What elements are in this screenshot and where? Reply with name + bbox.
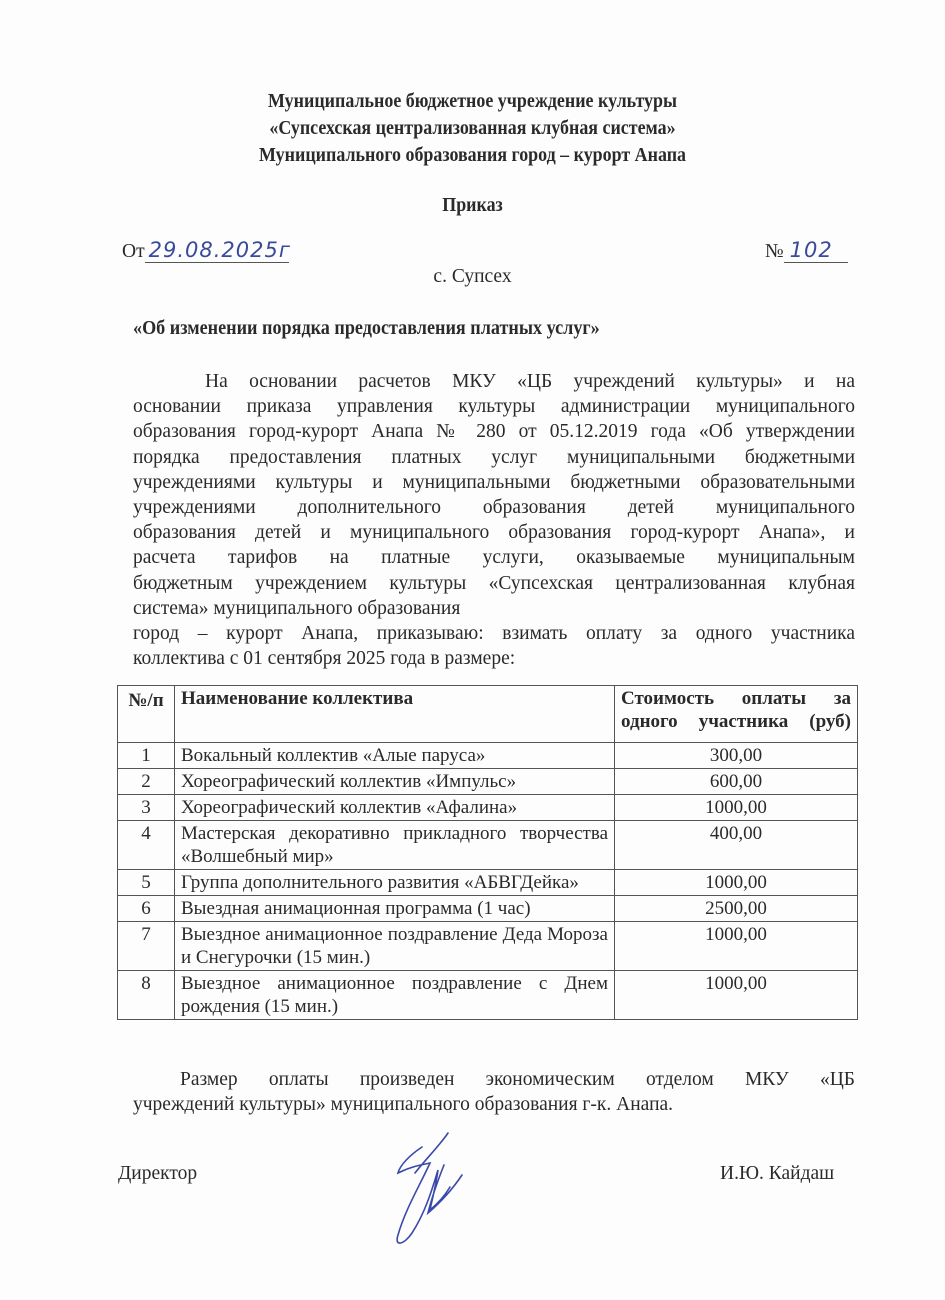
row-num: 6 [118, 896, 175, 922]
row-num: 3 [118, 795, 175, 821]
row-name: Мастерская декоративно прикладного творч… [175, 821, 615, 870]
row-name: Выездное анимационное поздравление Деда … [175, 922, 615, 971]
row-price: 600,00 [615, 769, 858, 795]
table-row: 4 Мастерская декоративно прикладного тво… [118, 821, 858, 870]
closing-note: Размер оплаты произведен экономическим о… [133, 1067, 855, 1117]
table-header-row: №/п Наименование коллектива Стоимость оп… [118, 686, 858, 743]
row-num: 5 [118, 870, 175, 896]
row-name: Вокальный коллектив «Алые паруса» [175, 743, 615, 769]
header-name: Наименование коллектива [175, 686, 615, 743]
body-line: образования детей и муниципального образ… [133, 520, 855, 545]
row-price: 1000,00 [615, 922, 858, 971]
org-name-line-3: Муниципального образования город – курор… [38, 143, 907, 168]
body-line: город – курорт Анапа, приказываю: взимат… [133, 621, 855, 646]
signatory-position: Директор [118, 1163, 197, 1185]
table-row: 5 Группа дополнительного развития «АБВГД… [118, 870, 858, 896]
table-row: 2 Хореографический коллектив «Импульс» 6… [118, 769, 858, 795]
body-line: система» муниципального образования [133, 596, 855, 621]
row-price: 300,00 [615, 743, 858, 769]
note-line: Размер оплаты произведен экономическим о… [133, 1067, 855, 1092]
date-label: От [122, 241, 145, 262]
row-name: Хореографический коллектив «Афалина» [175, 795, 615, 821]
header-num: №/п [118, 686, 175, 743]
row-price: 1000,00 [615, 971, 858, 1020]
row-price: 2500,00 [615, 896, 858, 922]
body-line: основании приказа управления культуры ад… [133, 394, 855, 419]
date-value: 29.08.2025г [145, 238, 289, 263]
table-row: 8 Выездное анимационное поздравление с Д… [118, 971, 858, 1020]
body-line: порядка предоставления платных услуг мун… [133, 445, 855, 470]
header-price: Стоимость оплаты за одного участника (ру… [615, 686, 858, 743]
signature-icon [370, 1125, 490, 1260]
place: с. Супсех [0, 266, 945, 288]
org-name-line-2: «Супсехская централизованная клубная сис… [38, 116, 907, 141]
row-num: 7 [118, 922, 175, 971]
document-title: Приказ [38, 193, 907, 218]
number-label: № [765, 241, 784, 262]
row-price: 1000,00 [615, 795, 858, 821]
date-field: От29.08.2025г [122, 238, 289, 263]
body-paragraph: На основании расчетов МКУ «ЦБ учреждений… [133, 369, 855, 671]
org-name-line-1: Муниципальное бюджетное учреждение культ… [38, 89, 907, 114]
table-row: 6 Выездная анимационная программа (1 час… [118, 896, 858, 922]
row-name: Группа дополнительного развития «АБВГДей… [175, 870, 615, 896]
table-row: 7 Выездное анимационное поздравление Дед… [118, 922, 858, 971]
body-line: бюджетным учреждением культуры «Супсехск… [133, 571, 855, 596]
body-line: образования город-курорт Анапа № 280 от … [133, 419, 855, 444]
row-price: 400,00 [615, 821, 858, 870]
row-name: Хореографический коллектив «Импульс» [175, 769, 615, 795]
body-line: учреждениями дополнительного образования… [133, 495, 855, 520]
order-number-field: №102 [765, 238, 848, 263]
body-line: коллектива с 01 сентября 2025 года в раз… [133, 646, 855, 671]
row-num: 4 [118, 821, 175, 870]
price-table: №/п Наименование коллектива Стоимость оп… [117, 685, 858, 1020]
note-line: учреждений культуры» муниципального обра… [133, 1092, 855, 1117]
row-num: 8 [118, 971, 175, 1020]
body-line: На основании расчетов МКУ «ЦБ учреждений… [133, 369, 855, 394]
body-line: расчета тарифов на платные услуги, оказы… [133, 545, 855, 570]
table-row: 3 Хореографический коллектив «Афалина» 1… [118, 795, 858, 821]
row-price: 1000,00 [615, 870, 858, 896]
row-num: 1 [118, 743, 175, 769]
row-name: Выездная анимационная программа (1 час) [175, 896, 615, 922]
body-line: учреждениями культуры и муниципальными б… [133, 470, 855, 495]
table-row: 1 Вокальный коллектив «Алые паруса» 300,… [118, 743, 858, 769]
number-value: 102 [784, 238, 848, 263]
row-name: Выездное анимационное поздравление с Дне… [175, 971, 615, 1020]
row-num: 2 [118, 769, 175, 795]
signatory-name: И.Ю. Кайдаш [720, 1163, 834, 1185]
order-subject: «Об изменении порядка предоставления пла… [133, 318, 600, 340]
